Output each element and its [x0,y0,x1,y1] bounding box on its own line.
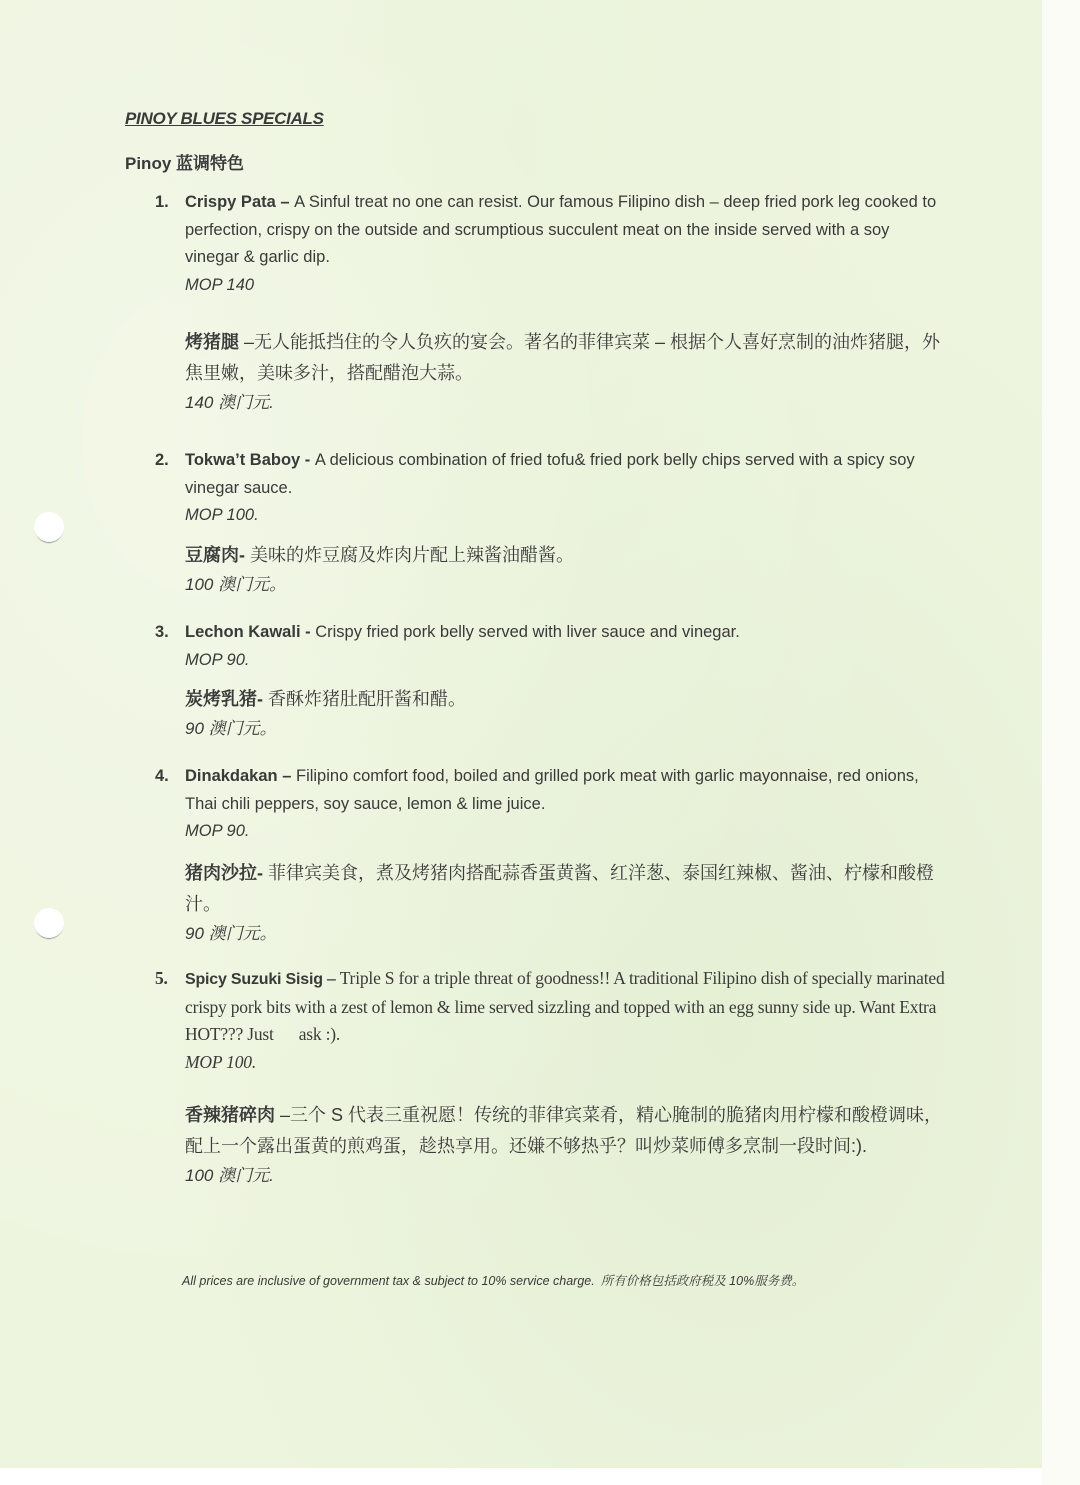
item-number: 5. [155,965,168,993]
dish-name: Dinakdakan [185,767,278,785]
menu-item-spicy-suzuki-sisig: 5. Spicy Suzuki Sisig – Triple S for a t… [155,965,945,1190]
separator: - [300,451,315,469]
dish-price-zh: 100 澳门元. [185,1162,945,1190]
dish-price: MOP 90. [185,818,945,846]
dish-price: MOP 100. [185,1049,945,1077]
menu-item-lechon-kawali: 3. Lechon Kawali - Crispy fried pork bel… [155,619,945,743]
item-zh-text: 炭烤乳猪- 香酥炸猪肚配肝酱和醋。 [185,684,945,715]
page-subtitle: Pinoy 蓝调特色 [125,149,244,174]
item-zh-text: 豆腐肉- 美味的炸豆腐及炸肉片配上辣酱油醋酱。 [185,540,945,571]
dish-price-zh: 100 澳门元。 [185,571,945,599]
dish-description-zh: 香酥炸猪肚配肝酱和醋。 [263,689,466,709]
dish-description: Crispy fried pork belly served with live… [315,623,740,641]
item-zh-text: 烤猪腿 –无人能抵挡住的令人负疚的宴会。著名的菲律宾菜 – 根据个人喜好烹制的油… [185,327,945,389]
dish-price: MOP 100. [185,502,945,530]
dish-price: MOP 90. [185,647,945,675]
dish-description: Filipino comfort food, boiled and grille… [185,767,919,813]
dish-name-zh: 豆腐肉- [185,545,245,565]
punch-hole-top [34,512,64,542]
dish-name-zh: 烤猪腿 [185,332,239,352]
separator: - [301,623,316,641]
item-zh-text: 猪肉沙拉- 菲律宾美食，煮及烤猪肉搭配蒜香蛋黄酱、红洋葱、泰国红辣椒、酱油、柠檬… [185,858,945,920]
dish-name-zh: 猪肉沙拉- [185,863,263,883]
item-number: 2. [155,447,169,475]
separator: – [276,193,294,211]
scan-edge [1042,0,1080,1485]
dish-price-zh: 90 澳门元。 [185,715,945,743]
item-number: 4. [155,763,169,791]
item-en-text: Tokwa’t Baboy - A delicious combination … [185,447,945,502]
dish-price-zh: 90 澳门元。 [185,920,945,948]
dish-name: Tokwa’t Baboy [185,451,300,469]
dish-description-zh: 菲律宾美食，煮及烤猪肉搭配蒜香蛋黄酱、红洋葱、泰国红辣椒、酱油、柠檬和酸橙汁。 [185,863,934,914]
item-zh-text: 香辣猪碎肉 –三个 S 代表三重祝愿！传统的菲律宾菜肴，精心腌制的脆猪肉用柠檬和… [185,1100,945,1162]
dish-name: Lechon Kawali [185,623,301,641]
dish-description-zh: 美味的炸豆腐及炸肉片配上辣酱油醋酱。 [245,545,574,565]
footnote-zh: 所有价格包括政府税及 10%服务费。 [601,1274,805,1288]
punch-hole-bottom [34,908,64,938]
menu-item-tokwat-baboy: 2. Tokwa’t Baboy - A delicious combinati… [155,447,945,598]
dish-price-zh: 140 澳门元. [185,389,945,417]
separator: – [323,968,340,988]
item-number: 1. [155,189,169,217]
dish-name: Spicy Suzuki Sisig [185,971,323,988]
item-en-text: Lechon Kawali - Crispy fried pork belly … [185,619,945,647]
dish-description-zh: –三个 S 代表三重祝愿！传统的菲律宾菜肴，精心腌制的脆猪肉用柠檬和酸橙调味，配… [185,1105,942,1156]
price-footnote: All prices are inclusive of government t… [182,1271,804,1289]
item-en-text: Dinakdakan – Filipino comfort food, boil… [185,763,945,818]
separator: – [278,767,296,785]
menu-item-crispy-pata: 1. Crispy Pata – A Sinful treat no one c… [155,189,945,417]
dish-price: MOP 140 [185,272,945,300]
item-en-text: Spicy Suzuki Sisig – Triple S for a trip… [185,965,945,1049]
item-en-text: Crispy Pata – A Sinful treat no one can … [185,189,945,272]
dish-description-zh: –无人能抵挡住的令人负疚的宴会。著名的菲律宾菜 – 根据个人喜好烹制的油炸猪腿，… [185,332,940,383]
menu-item-dinakdakan: 4. Dinakdakan – Filipino comfort food, b… [155,763,945,947]
dish-description: A Sinful treat no one can resist. Our fa… [185,193,936,266]
dish-name: Crispy Pata [185,193,276,211]
item-number: 3. [155,619,169,647]
dish-name-zh: 炭烤乳猪- [185,689,263,709]
footnote-en: All prices are inclusive of government t… [182,1274,595,1288]
dish-name-zh: 香辣猪碎肉 [185,1105,275,1125]
page-title: PINOY BLUES SPECIALS [125,109,324,129]
